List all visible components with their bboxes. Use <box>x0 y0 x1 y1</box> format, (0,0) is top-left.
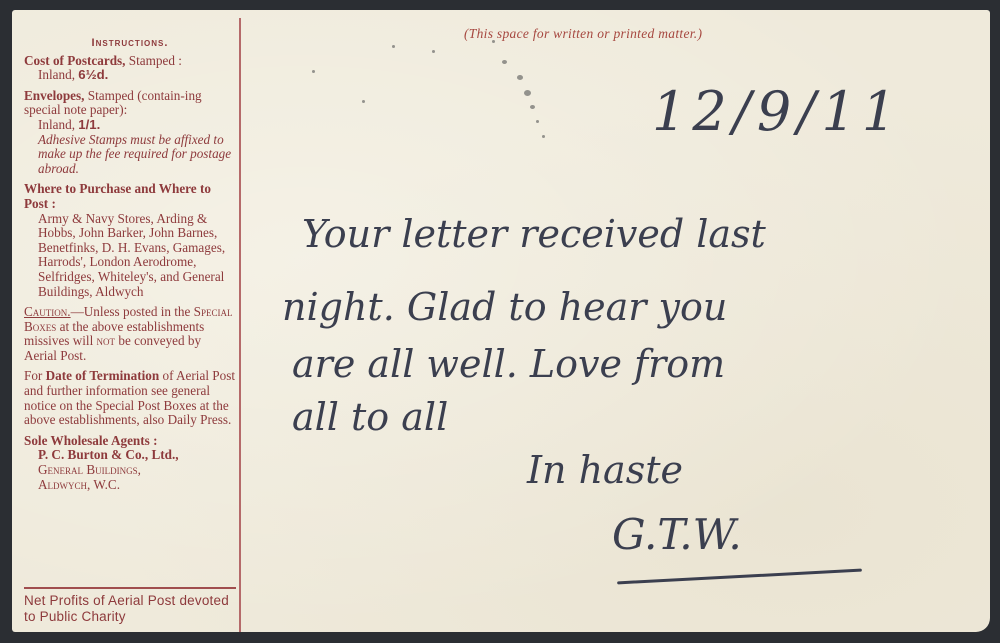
agents-heading: Sole Wholesale Agents : <box>24 434 236 449</box>
agents-section: Sole Wholesale Agents : P. C. Burton & C… <box>24 434 236 492</box>
caution-section: Caution.—Unless posted in the Special Bo… <box>24 305 236 363</box>
message-line-1: Your letter received last <box>302 212 766 256</box>
instructions-title: Instructions. <box>24 36 236 51</box>
envelopes-heading: Envelopes, <box>24 88 84 103</box>
agents-company: P. C. Burton & Co., Ltd., <box>24 448 236 463</box>
postcard: Instructions. Cost of Postcards, Stamped… <box>12 10 990 632</box>
vertical-divider <box>239 18 241 632</box>
cost-inland: Inland, <box>38 67 78 82</box>
cost-section: Cost of Postcards, Stamped : Inland, 6½d… <box>24 54 236 83</box>
where-section: Where to Purchase and Where to Post : Ar… <box>24 182 236 299</box>
caution-not: not <box>97 333 116 348</box>
message-space-label: (This space for written or printed matte… <box>464 26 702 42</box>
message-line-2: night. Glad to hear you <box>282 285 727 329</box>
envelopes-price: 1/1. <box>78 117 100 132</box>
envelopes-section: Envelopes, Stamped (contain-ing special … <box>24 89 236 177</box>
store-list: Army & Navy Stores, Arding & Hobbs, John… <box>24 212 236 300</box>
agents-address-2: Aldwych, W.C. <box>24 478 236 493</box>
cost-price: 6½d. <box>78 67 108 82</box>
caution-text: —Unless posted in the <box>71 304 194 319</box>
where-heading: Where to Purchase and Where to Post : <box>24 182 236 211</box>
cost-heading: Cost of Postcards, <box>24 53 125 68</box>
message-line-4: all to all <box>292 395 448 439</box>
signature-underline <box>617 569 862 585</box>
charity-footer: Net Profits of Aerial Post devoted to Pu… <box>24 593 236 625</box>
cost-text: Stamped : <box>125 53 181 68</box>
termination-pre: For <box>24 368 46 383</box>
agents-address-1: General Buildings, <box>24 463 236 478</box>
footer-divider <box>24 587 236 589</box>
message-line-5: In haste <box>527 448 683 492</box>
termination-section: For Date of Termination of Aerial Post a… <box>24 369 236 427</box>
message-line-3: are all well. Love from <box>292 342 725 386</box>
termination-heading: Date of Termination <box>46 368 160 383</box>
caution-label: Caution. <box>24 304 71 319</box>
handwritten-date: 12/9/11 <box>652 80 902 143</box>
signature: G.T.W. <box>612 510 742 559</box>
instructions-panel: Instructions. Cost of Postcards, Stamped… <box>24 36 236 498</box>
envelopes-inland: Inland, <box>38 117 78 132</box>
adhesive-note: Adhesive Stamps must be affixed to make … <box>24 133 236 177</box>
